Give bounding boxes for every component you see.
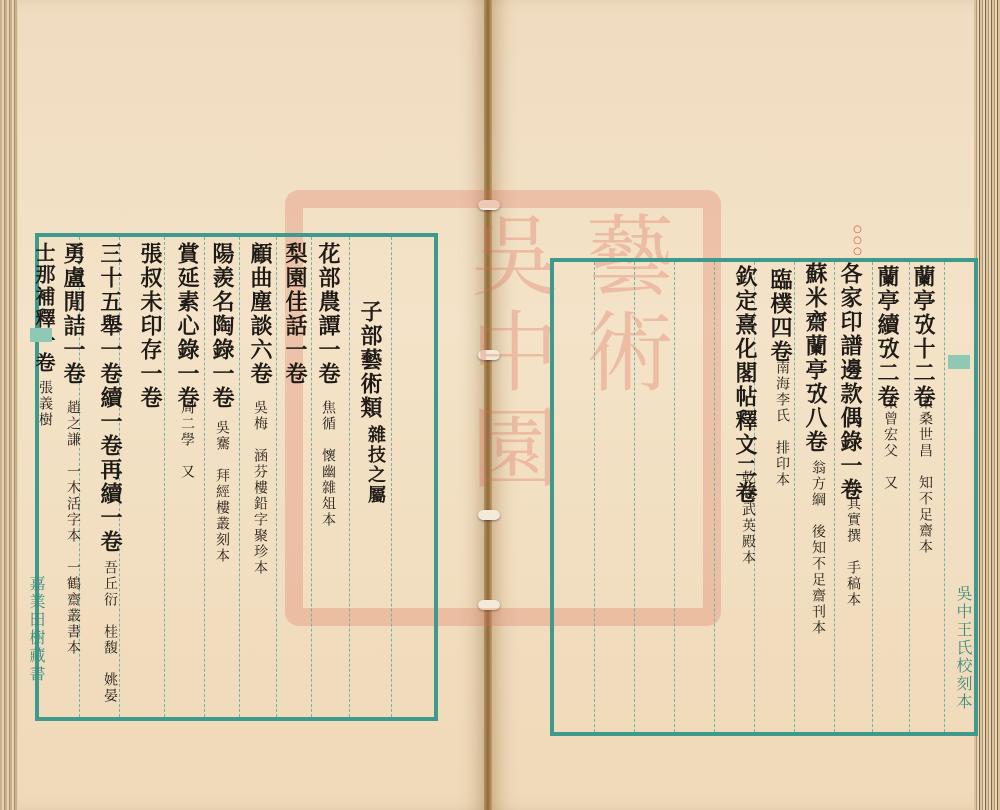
page-edges-left bbox=[0, 0, 20, 810]
column-rule bbox=[349, 237, 350, 717]
entry-note: 翁方綱 後知不足齋刊本 bbox=[808, 460, 828, 636]
entry-title: 張叔未印存一卷 bbox=[135, 242, 166, 410]
section-subheading: 雜技之屬 bbox=[362, 425, 388, 505]
entry-note: 吾丘衍 桂馥 姚晏 bbox=[100, 560, 120, 704]
entry-note: 焦循 懷幽雜俎本 bbox=[318, 400, 338, 528]
fishtail-mark bbox=[948, 355, 970, 369]
column-rule bbox=[674, 262, 675, 732]
column-rule bbox=[714, 262, 715, 732]
entry-title: 花部農譚一卷 bbox=[313, 242, 344, 386]
column-rule bbox=[311, 237, 312, 717]
entry-note: 飲其實撰 手稿本 bbox=[843, 480, 863, 608]
entry-note: 宋桑世昌 知不足齋本 bbox=[915, 395, 935, 555]
book-spread: 吳中園 藝術 子部藝術類 雜技之屬 花部農譚一卷 焦循 懷幽雜俎本 梨園佳話一卷… bbox=[0, 0, 1000, 810]
entry-note: 南海李氏 排印本 bbox=[772, 360, 792, 488]
margin-label-right: 吳中王氏校刻本 bbox=[952, 585, 975, 711]
entry-note: 乾隆武英殿本 bbox=[738, 470, 758, 566]
circle-markers: ○○○ bbox=[852, 224, 863, 257]
entry-note: 張義樹 bbox=[35, 380, 55, 428]
section-heading: 子部藝術類 bbox=[355, 300, 386, 420]
entry-note: 趙之謙 一木活字本 一鶴齋叢書本 bbox=[63, 400, 83, 656]
column-rule bbox=[594, 262, 595, 732]
column-rule bbox=[204, 237, 205, 717]
entry-note: 吳騫 拜經樓叢刻本 bbox=[212, 420, 232, 564]
entry-title: 三十五舉一卷續一卷再續一卷 bbox=[95, 242, 126, 554]
column-rule bbox=[634, 262, 635, 732]
margin-label-left: 嘉業田樹藏書 bbox=[25, 575, 48, 683]
entry-title: 梨園佳話一卷 bbox=[280, 242, 311, 386]
entry-note: 吳梅 涵芬樓鉛字聚珍本 bbox=[250, 400, 270, 576]
entry-title: 臨樸四卷 bbox=[765, 268, 796, 364]
entry-title: 各家印譜邊款偶錄一卷 bbox=[835, 262, 866, 502]
entry-note: 宋曾宏父 又 bbox=[880, 395, 900, 491]
column-rule bbox=[276, 237, 277, 717]
entry-title: 欽定熹化閣帖釋文二卷 bbox=[730, 265, 761, 505]
entry-title: 蘇米齋蘭亭攷八卷 bbox=[800, 262, 831, 454]
column-rule bbox=[239, 237, 240, 717]
entry-title: 陽羨名陶錄一卷 bbox=[207, 242, 238, 410]
column-rule bbox=[944, 262, 945, 732]
entry-title: 顧曲塵談六卷 bbox=[245, 242, 276, 386]
entry-title: 賞延素心錄一卷 bbox=[172, 242, 203, 410]
entry-note: 周二學 又 bbox=[177, 400, 197, 480]
entry-title: 蘭亭續攷二卷 bbox=[872, 265, 903, 409]
column-rule bbox=[391, 237, 392, 717]
entry-title: 勇盧閒詰一卷 bbox=[58, 242, 89, 386]
entry-title: 士那補釋一卷 bbox=[30, 242, 59, 374]
fishtail-mark bbox=[30, 328, 52, 342]
entry-title: 蘭亭攷十二卷 bbox=[908, 265, 939, 409]
